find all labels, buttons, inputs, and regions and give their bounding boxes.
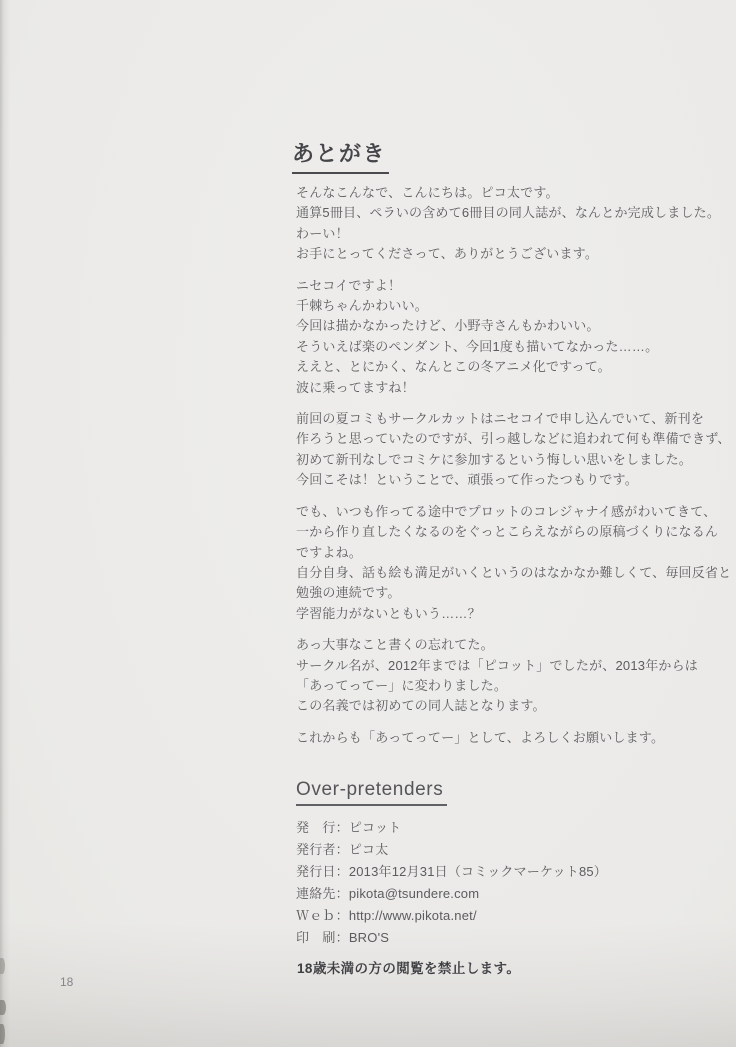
paragraph-line: 今回こそは！ということで、頑張って作ったつもりです。 — [296, 470, 736, 490]
page-number: 18 — [60, 975, 73, 989]
paragraph-line: この名義では初めての同人誌となります。 — [296, 696, 736, 716]
paragraph: あっ大事なこと書くの忘れてた。サークル名が、2012年までは「ピコット」でしたが… — [296, 635, 736, 717]
paragraph: ニセコイですよ！千棘ちゃんかわいい。今回は描かなかったけど、小野寺さんもかわいい… — [296, 276, 736, 398]
colophon-value: ピコ太 — [349, 842, 389, 857]
booklet-title: Over-pretenders — [296, 779, 447, 806]
afterword-body: そんなこんなで、こんにちは。ピコ太です。通算5冊目、ペラいの含めて6冊目の同人誌… — [296, 183, 736, 748]
colophon-label: 発 行： — [296, 820, 349, 835]
colophon-row: 発行者：ピコ太 — [296, 839, 607, 861]
paragraph-line: 勉強の連続です。 — [296, 583, 736, 603]
colophon-row: 印 刷：BRO'S — [296, 927, 607, 949]
colophon-row: Ｗｅｂ：http://www.pikota.net/ — [296, 905, 607, 927]
paragraph-line: あっ大事なこと書くの忘れてた。 — [296, 635, 736, 655]
paragraph-line: 前回の夏コミもサークルカットはニセコイで申し込んでいて、新刊を — [296, 409, 736, 429]
paragraph-line: お手にとってくださって、ありがとうございます。 — [296, 244, 736, 264]
colophon-value: BRO'S — [349, 930, 389, 945]
paragraph-line: ニセコイですよ！ — [296, 276, 736, 296]
scanned-afterword-page: あとがき そんなこんなで、こんにちは。ピコ太です。通算5冊目、ペラいの含めて6冊… — [0, 0, 736, 1047]
paragraph-line: これからも「あってってー」として、よろしくお願いします。 — [296, 728, 736, 748]
paragraph-line: サークル名が、2012年までは「ピコット」でしたが、2013年からは — [296, 656, 736, 676]
paragraph-line: ええと、とにかく、なんとこの冬アニメ化ですって。 — [296, 357, 736, 377]
scan-edge-mark — [0, 958, 5, 974]
colophon-row: 発行日：2013年12月31日（コミックマーケット85） — [296, 861, 607, 883]
paragraph-line: 千棘ちゃんかわいい。 — [296, 296, 736, 316]
paragraph: 前回の夏コミもサークルカットはニセコイで申し込んでいて、新刊を作ろうと思っていた… — [296, 409, 736, 491]
paragraph-line: 通算5冊目、ペラいの含めて6冊目の同人誌が、なんとか完成しました。 — [296, 203, 736, 223]
colophon-value: http://www.pikota.net/ — [349, 908, 477, 923]
paragraph: これからも「あってってー」として、よろしくお願いします。 — [296, 728, 736, 748]
paragraph-line: 作ろうと思っていたのですが、引っ越しなどに追われて何も準備できず、 — [296, 429, 736, 449]
paragraph-line: 今回は描かなかったけど、小野寺さんもかわいい。 — [296, 316, 736, 336]
colophon: 発 行：ピコット発行者：ピコ太発行日：2013年12月31日（コミックマーケット… — [296, 817, 607, 949]
age-restriction-notice: 18歳未満の方の閲覧を禁止します。 — [297, 957, 520, 977]
colophon-row: 発 行：ピコット — [296, 817, 607, 839]
scan-edge-mark — [0, 1000, 6, 1015]
paragraph-line: わーい！ — [296, 224, 736, 244]
paragraph-line: 初めて新刊なしでコミケに参加するという悔しい思いをしました。 — [296, 450, 736, 470]
paragraph: そんなこんなで、こんにちは。ピコ太です。通算5冊目、ペラいの含めて6冊目の同人誌… — [296, 183, 736, 265]
colophon-label: 発行日： — [296, 864, 349, 879]
colophon-label: 連絡先： — [296, 886, 349, 901]
page-title: あとがき — [292, 137, 389, 174]
paragraph-line: 自分自身、話も絵も満足がいくというのはなかなか難しくて、毎回反省と — [296, 563, 736, 583]
paragraph-line: 学習能力がないともいう……？ — [296, 604, 736, 624]
colophon-value: 2013年12月31日（コミックマーケット85） — [349, 864, 607, 879]
paragraph: でも、いつも作ってる途中でプロットのコレジャナイ感がわいてきて、一から作り直した… — [296, 502, 736, 624]
paragraph-line: 波に乗ってますね！ — [296, 378, 736, 398]
paragraph-line: でも、いつも作ってる途中でプロットのコレジャナイ感がわいてきて、 — [296, 502, 736, 522]
paragraph-line: そんなこんなで、こんにちは。ピコ太です。 — [296, 183, 736, 203]
colophon-label: 印 刷： — [296, 930, 349, 945]
scan-edge-mark — [0, 1024, 5, 1044]
paragraph-line: 一から作り直したくなるのをぐっとこらえながらの原稿づくりになるん — [296, 522, 736, 542]
paragraph-line: 「あってってー」に変わりました。 — [296, 676, 736, 696]
paragraph-line: ですよね。 — [296, 543, 736, 563]
colophon-label: 発行者： — [296, 842, 349, 857]
colophon-label: Ｗｅｂ： — [296, 908, 349, 923]
colophon-row: 連絡先：pikota@tsundere.com — [296, 883, 607, 905]
colophon-value: pikota@tsundere.com — [349, 886, 479, 901]
colophon-value: ピコット — [349, 820, 402, 835]
paragraph-line: そういえば楽のペンダント、今回1度も描いてなかった……。 — [296, 337, 736, 357]
